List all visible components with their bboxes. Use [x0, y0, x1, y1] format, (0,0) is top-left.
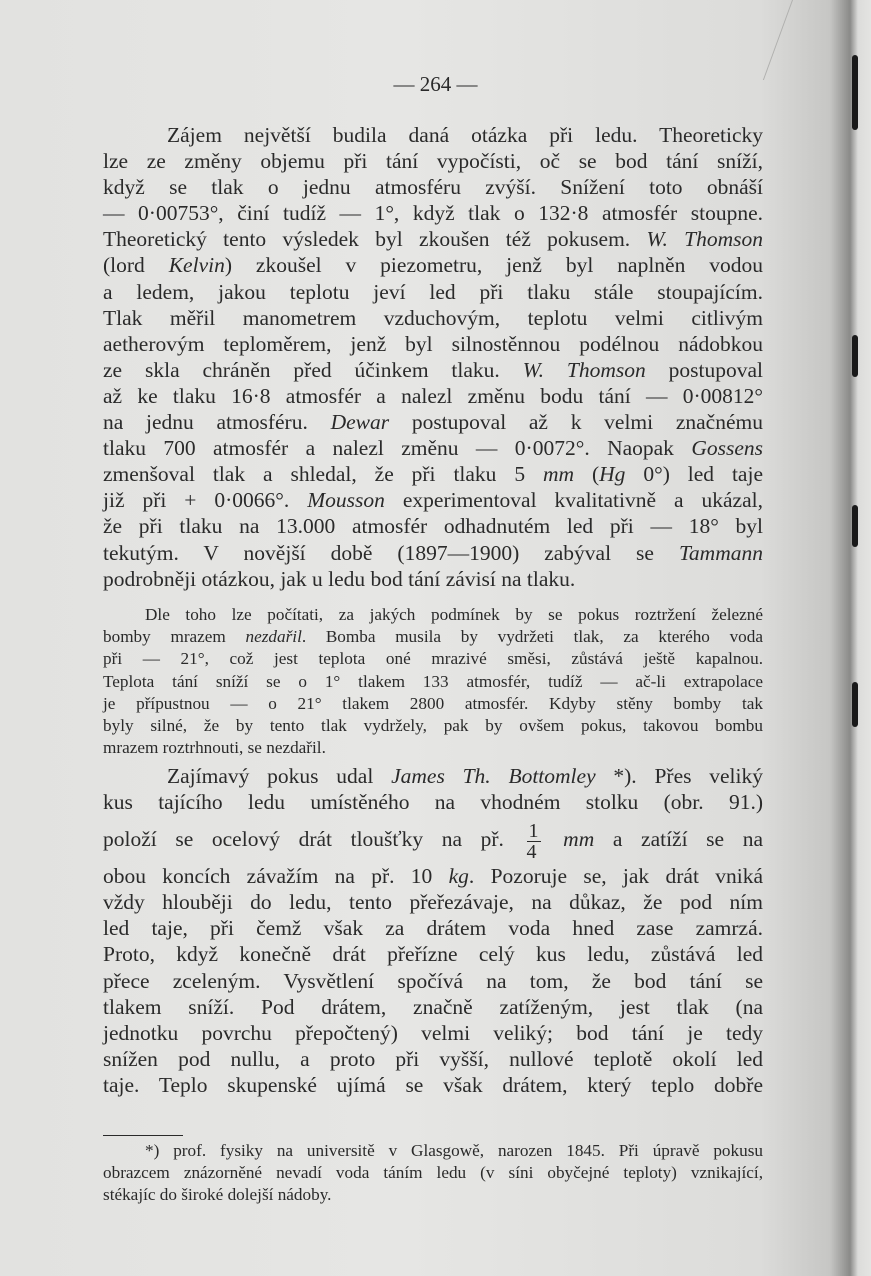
small-print-paragraph: Dle toho lze počítati, za jakých podmíne… — [103, 604, 763, 759]
text-line: že při tlaku na 13.000 atmosfér odhadnut… — [103, 513, 763, 539]
text-line-with-fraction: položí se ocelový drát tloušťky na př. 1… — [103, 815, 763, 863]
text-lines: obou koncích závažím na př. 10 kg. Pozor… — [103, 863, 763, 1098]
paper-crease — [761, 0, 793, 80]
text-line: na jednu atmosféru. Dewar postupoval až … — [103, 409, 763, 435]
scanned-page: — 264 — Zájem největší budila daná otázk… — [0, 0, 871, 1276]
text-line: podrobněji otázkou, jak u ledu bod tání … — [103, 566, 763, 592]
text-line: *) prof. fysiky na universitě v Glasgowě… — [103, 1140, 763, 1162]
text-line: bomby mrazem nezdařil. Bomba musila by v… — [103, 626, 763, 648]
paragraph-2-small: Dle toho lze počítati, za jakých podmíne… — [103, 604, 763, 759]
body-paragraph: Zájem největší budila daná otázka při le… — [103, 122, 763, 592]
text-line: snížen pod nullu, a proto při vyšší, nul… — [103, 1046, 763, 1072]
text-line: zmenšoval tlak a shledal, že při tlaku 5… — [103, 461, 763, 487]
text-line: byly silné, že by tento tlak vydržely, p… — [103, 715, 763, 737]
text-line: kus tajícího ledu umístěného na vhodném … — [103, 789, 763, 815]
footnote-rule — [103, 1135, 183, 1136]
paragraph-1: Zájem největší budila daná otázka při le… — [103, 122, 763, 592]
text-line: led taje, při čemž však za drátem voda h… — [103, 915, 763, 941]
text-line: Proto, když konečně drát přeřízne celý k… — [103, 941, 763, 967]
footnote: *) prof. fysiky na universitě v Glasgowě… — [103, 1140, 763, 1207]
text-line: tekutým. V novější době (1897—1900) zabý… — [103, 540, 763, 566]
paragraph-3: Zajímavý pokus udal James Th. Bottomley … — [103, 763, 763, 1098]
text-line: (lord Kelvin) zkoušel v piezometru, jenž… — [103, 252, 763, 278]
text-line: tlaku 700 atmosfér a nalezl změnu — 0·00… — [103, 435, 763, 461]
fraction: 14 — [527, 821, 541, 862]
text-line: tlakem sníží. Pod drátem, značně zatížen… — [103, 994, 763, 1020]
text-line: při — 21°, což jest teplota oné mrazivé … — [103, 648, 763, 670]
text-fragment: a zatíží se na — [613, 827, 763, 851]
text-line: mrazem roztrhnouti, se nezdařil. — [103, 737, 763, 759]
fraction-numerator: 1 — [527, 821, 541, 842]
text-fragment: položí se ocelový drát tloušťky na př. — [103, 827, 504, 851]
body-paragraph: Zajímavý pokus udal James Th. Bottomley … — [103, 763, 763, 1098]
page-number: — 264 — — [0, 72, 871, 97]
binding-mark — [852, 505, 858, 547]
text-line: Teplota tání sníží se o 1° tlakem 133 at… — [103, 671, 763, 693]
text-line: a ledem, jakou teplotu jeví led při tlak… — [103, 279, 763, 305]
text-line: jednotku povrchu přepočtený) velmi velik… — [103, 1020, 763, 1046]
text-line: lze ze změny objemu při tání vypočísti, … — [103, 148, 763, 174]
fraction-denominator: 4 — [527, 842, 541, 862]
text-line: Tlak měřil manometrem vzduchovým, teplot… — [103, 305, 763, 331]
text-line: — 0·00753°, činí tudíž — 1°, když tlak o… — [103, 200, 763, 226]
text-line: až ke tlaku 16·8 atmosfér a nalezl změnu… — [103, 383, 763, 409]
binding-mark — [852, 682, 858, 727]
text-line: obrazcem znázorněné nevadí voda táním le… — [103, 1162, 763, 1184]
text-line: taje. Teplo skupenské ujímá se však drát… — [103, 1072, 763, 1098]
text-line: Theoretický tento výsledek byl zkoušen t… — [103, 226, 763, 252]
text-line: přece zceleným. Vysvětlení spočívá na to… — [103, 968, 763, 994]
text-line: je přípustnou — o 21° tlakem 2800 atmosf… — [103, 693, 763, 715]
text-line: vždy hlouběji do ledu, tento přeřezávaje… — [103, 889, 763, 915]
text-line: Zájem největší budila daná otázka při le… — [103, 122, 763, 148]
text-line: aetherovým teploměrem, jenž byl silnostě… — [103, 331, 763, 357]
text-line: Zajímavý pokus udal James Th. Bottomley … — [103, 763, 763, 789]
unit-mm: mm — [563, 827, 594, 851]
text-line: již při + 0·0066°. Mousson experimentova… — [103, 487, 763, 513]
footnote-text: *) prof. fysiky na universitě v Glasgowě… — [103, 1140, 763, 1207]
text-line: když se tlak o jednu atmosféru zvýší. Sn… — [103, 174, 763, 200]
text-line: Dle toho lze počítati, za jakých podmíne… — [103, 604, 763, 626]
binding-mark — [852, 335, 858, 377]
text-line: ze skla chráněn před účinkem tlaku. W. T… — [103, 357, 763, 383]
text-line: stékajíc do široké dolejší nádoby. — [103, 1184, 763, 1206]
text-line: obou koncích závažím na př. 10 kg. Pozor… — [103, 863, 763, 889]
